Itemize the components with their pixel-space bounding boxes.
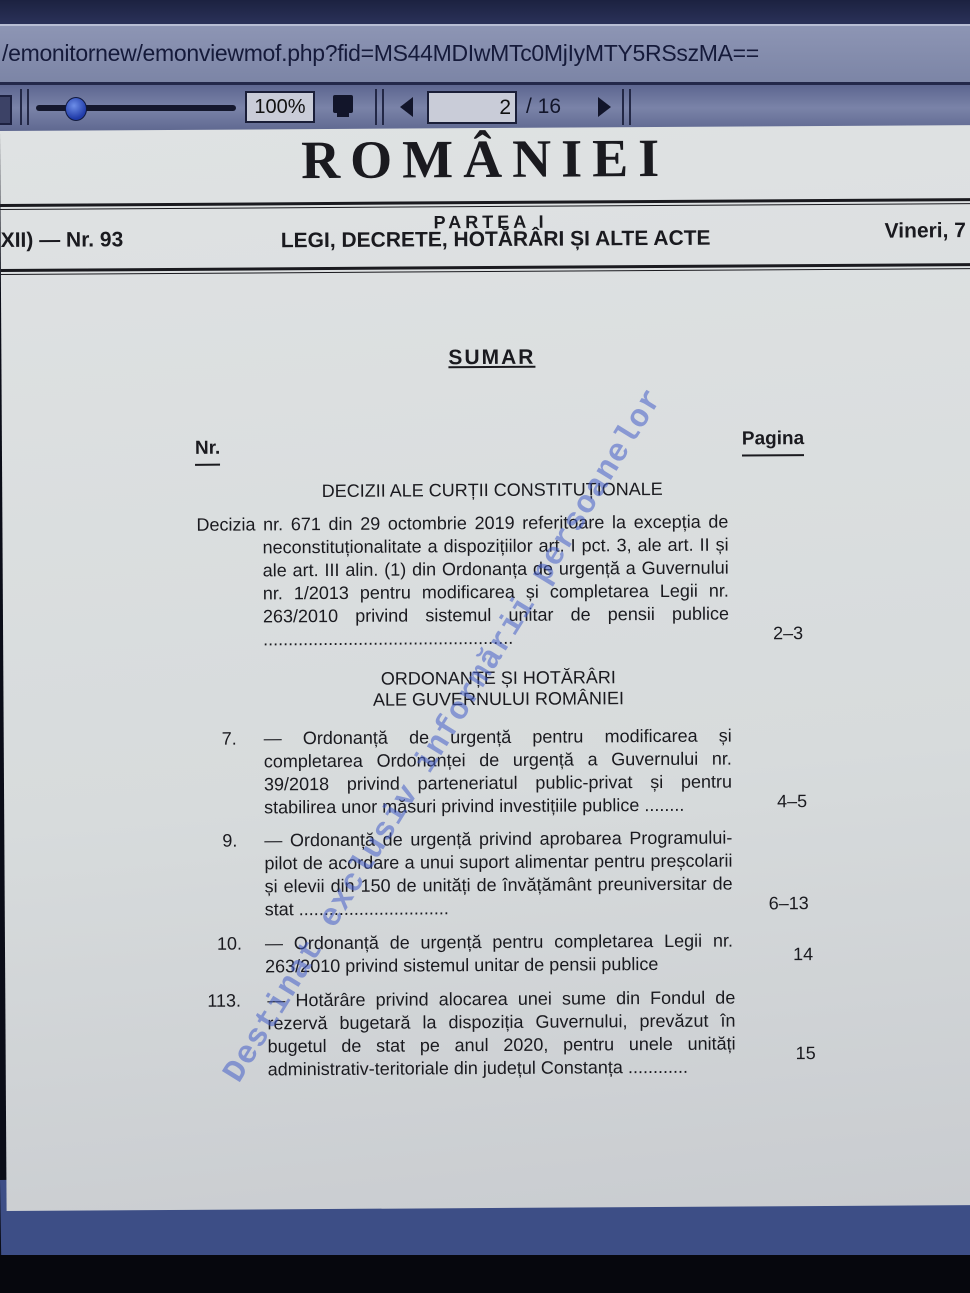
toc-entry-page: 6–13 (769, 892, 809, 915)
column-header-pagina: Pagina (742, 428, 804, 456)
page-total: / 16 (526, 95, 561, 119)
toc-entry-number: 7. (222, 728, 237, 751)
toc-entry-page: 2–3 (773, 622, 803, 645)
column-header-nr: Nr. (195, 438, 221, 466)
monitor-bottom-bezel (0, 1255, 970, 1293)
section-heading: DECIZII ALE CURȚII CONSTITUȚIONALE (192, 478, 792, 503)
issue-number: XII) — Nr. 93 (1, 228, 124, 253)
toolbar-separator (622, 89, 631, 125)
section-title: ALE GUVERNULUI ROMÂNIEI (198, 687, 798, 712)
page-number-input[interactable]: 2 (427, 91, 517, 124)
toc-entry-number: 9. (222, 830, 237, 853)
issue-date: Vineri, 7 (885, 219, 966, 243)
pdf-page: ROMÂNIEI PARTEA I LEGI, DECRETE, HOTĂRÂR… (0, 125, 970, 1211)
summary-heading: SUMAR (448, 346, 535, 371)
url-text[interactable]: /emonitornew/emonviewmof.php?fid=MS44MDI… (2, 40, 759, 67)
publication-subtitle: LEGI, DECRETE, HOTĂRÂRI ȘI ALTE ACTE (1, 225, 970, 255)
zoom-slider-thumb[interactable] (65, 97, 87, 121)
toolbar-separator (20, 89, 29, 125)
zoom-level-field[interactable]: 100% (245, 91, 315, 123)
toc-entry-page: 4–5 (777, 790, 807, 813)
previous-page-icon[interactable] (400, 97, 413, 117)
toc-entry-number: 113. (207, 990, 241, 1013)
toc-entry-page: 15 (796, 1042, 816, 1065)
masthead-title: ROMÂNIEI (0, 125, 970, 193)
toolbar-separator (375, 89, 384, 125)
toc-entry[interactable]: 7. — Ordonanță de urgență pentru modific… (222, 724, 823, 824)
monitor-bezel (0, 0, 970, 24)
toc-entry-text: Decizia nr. 671 din 29 octombrie 2019 re… (196, 511, 729, 652)
next-page-icon[interactable] (598, 97, 611, 117)
toc-entry-number: 10. (217, 933, 242, 956)
address-bar[interactable]: /emonitornew/emonviewmof.php?fid=MS44MDI… (0, 24, 970, 82)
toc-entry-page: 14 (793, 943, 813, 966)
toc-entry-text: — Ordonanță de urgență pentru modificare… (264, 725, 733, 820)
toc-entry-text: — Hotărâre privind alocarea unei sume di… (267, 987, 736, 1082)
fit-screen-icon[interactable] (333, 95, 353, 113)
page-layout-icon[interactable] (0, 95, 12, 125)
